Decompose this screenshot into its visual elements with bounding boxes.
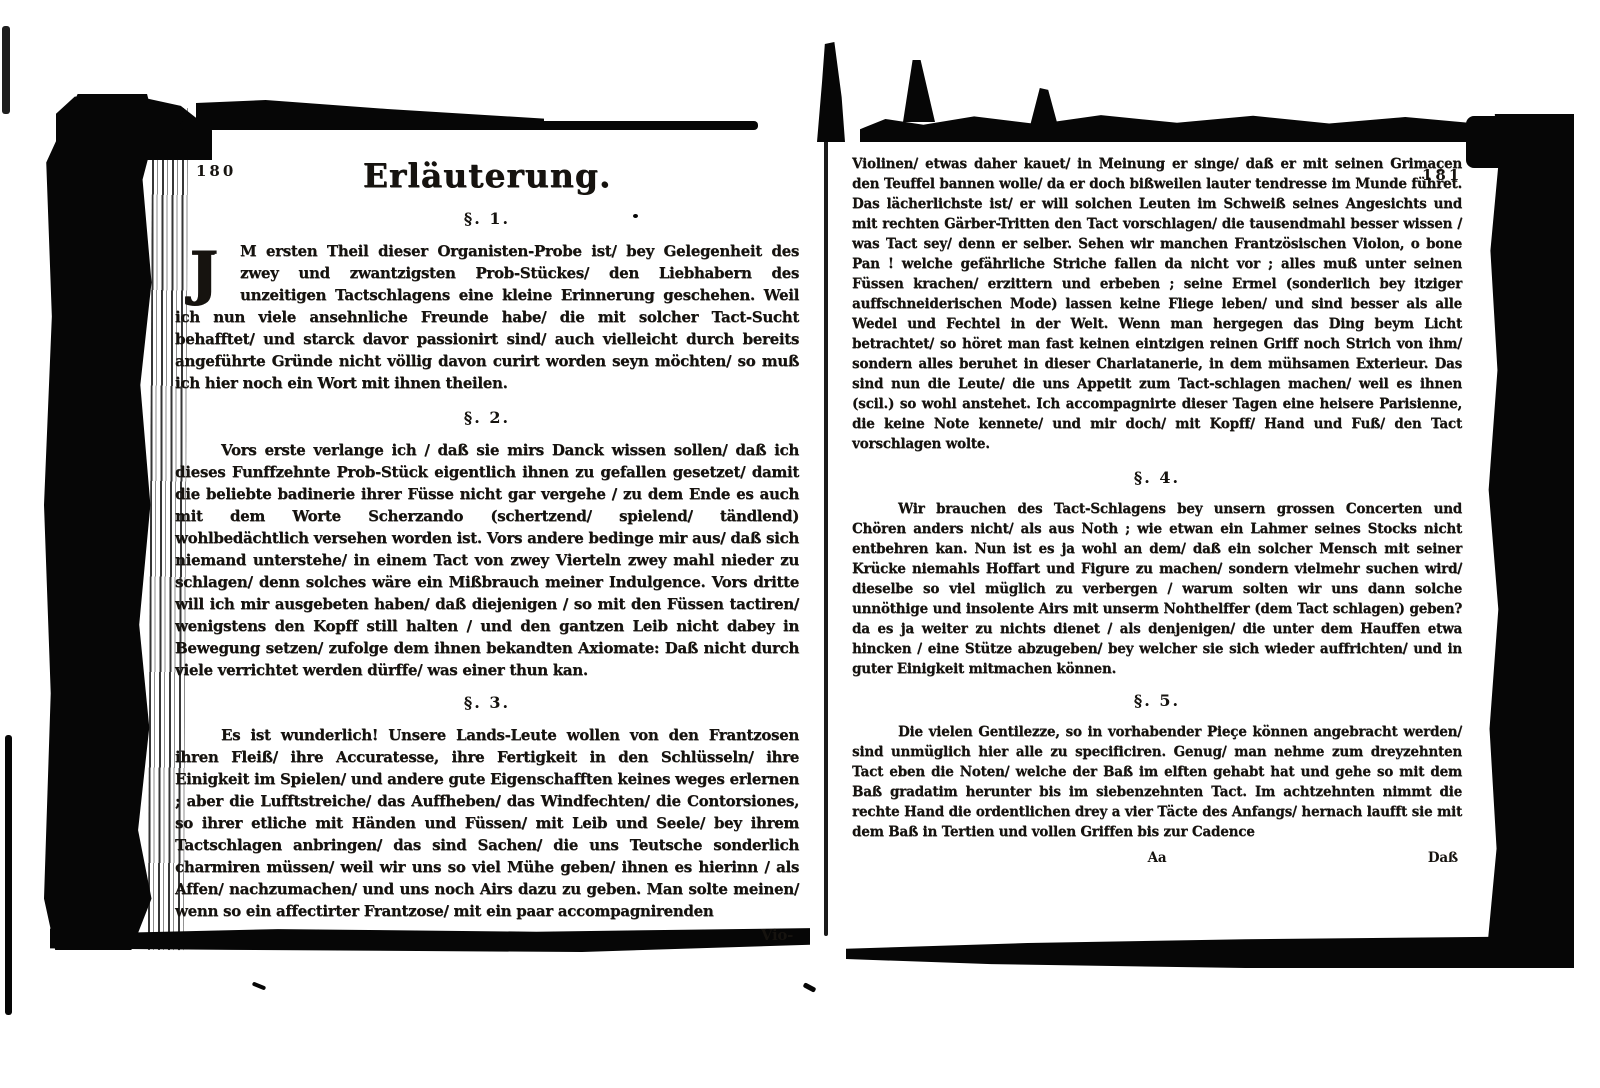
scan-edge-mark-bottom bbox=[5, 735, 12, 1015]
scan-artifact-top-bump-2 bbox=[1030, 88, 1058, 126]
paragraph-section-5: Die vielen Gentilezze, so in vorhabender… bbox=[852, 722, 1462, 842]
left-page: Erläuterung. §. 1. JM ersten Theil diese… bbox=[175, 156, 799, 946]
section-label-5: §. 5. bbox=[852, 692, 1462, 710]
book-scan-spread: 180 181 Erläuterung. §. 1. JM ersten The… bbox=[0, 0, 1600, 1088]
paragraph-section-3: Es ist wunderlich! Unsere Lands-Leute wo… bbox=[175, 724, 799, 922]
section-label-4: §. 4. bbox=[852, 469, 1462, 487]
catchword-left: Vio- bbox=[175, 924, 793, 946]
scan-artifact-top-bump-1 bbox=[903, 60, 935, 122]
signature-mark: Aa bbox=[852, 848, 1462, 868]
signature-line: Aa Daß bbox=[852, 848, 1462, 870]
section-label-1: §. 1. bbox=[175, 210, 799, 228]
scan-edge-mark-top bbox=[2, 26, 10, 114]
scan-artifact-right-bottom-border bbox=[846, 936, 1572, 968]
scan-artifact-right-top-border bbox=[860, 110, 1494, 142]
scan-speck bbox=[803, 982, 817, 993]
paragraph-text: M ersten Theil dieser Organisten-Probe i… bbox=[175, 242, 799, 392]
chapter-heading: Erläuterung. bbox=[175, 156, 799, 196]
paragraph-continuation: Violinen/ etwas daher kauet/ in Meinung … bbox=[852, 154, 1462, 454]
section-label-2: §. 2. bbox=[175, 409, 799, 427]
scan-speck bbox=[252, 982, 266, 991]
catchword-right: Daß bbox=[1428, 848, 1458, 868]
drop-cap-initial: J bbox=[175, 244, 231, 306]
scan-artifact-left-bleed bbox=[44, 94, 156, 950]
paragraph-section-1: JM ersten Theil dieser Organisten-Probe … bbox=[175, 240, 799, 394]
right-page: Violinen/ etwas daher kauet/ in Meinung … bbox=[852, 154, 1462, 870]
scan-artifact-gutter-line bbox=[824, 138, 828, 936]
paragraph-section-2: Vors erste verlange ich / daß sie mirs D… bbox=[175, 439, 799, 681]
scan-artifact-left-top-border bbox=[180, 121, 758, 130]
section-label-3: §. 3. bbox=[175, 694, 799, 712]
scan-artifact-gutter-wedge bbox=[817, 42, 845, 142]
paragraph-section-4: Wir brauchen des Tact-Schlagens bey unse… bbox=[852, 499, 1462, 679]
scan-artifact-right-bleed bbox=[1486, 114, 1574, 968]
